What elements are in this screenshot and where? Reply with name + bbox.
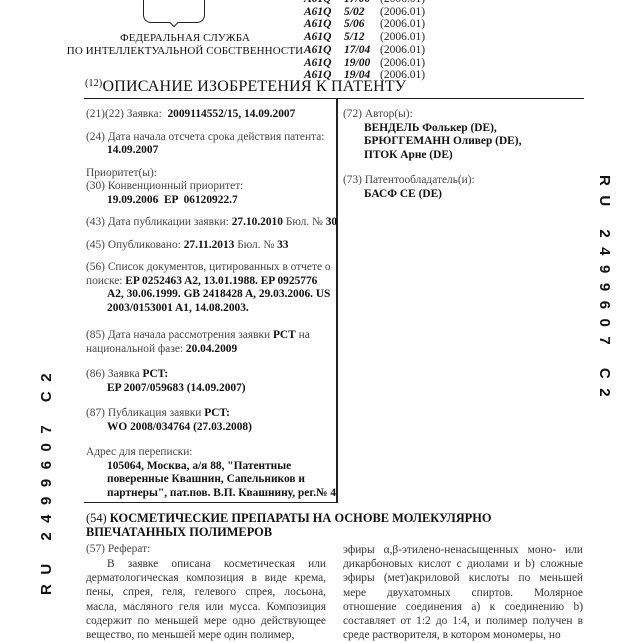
invention-title: (54) КОСМЕТИЧЕСКИЕ ПРЕПАРАТЫ НА ОСНОВЕ М… [86, 511, 586, 539]
cited-documents-first: EP 0252463 A2, 13.01.1988. EP 0925776 [125, 275, 317, 287]
author-2: БРЮГГЕМАНН Оливер (DE), [343, 135, 593, 149]
ipc-version: (2006.01) [380, 57, 425, 70]
ipc-row: A61Q19/00(2006.01) [304, 57, 425, 70]
ipc-version: (2006.01) [380, 44, 425, 57]
author-3: ПТОК Арне (DE) [343, 149, 593, 163]
side-patent-code-left: RU 2499607 C2 [38, 364, 55, 595]
ipc-group: 5/02 [344, 6, 380, 19]
ipc-class: A61Q [304, 18, 344, 31]
ipc-row: A61Q5/06(2006.01) [304, 18, 425, 31]
application-number: 2009114552/15, 14.09.2007 [167, 108, 295, 120]
ipc-class: A61Q [304, 6, 344, 19]
field-72: (72) Автор(ы): ВЕНДЕЛЬ Фолькер (DE), БРЮ… [343, 108, 593, 162]
field-56: (56) Список документов, цитированных в о… [86, 261, 346, 315]
term-start-date: 14.09.2007 [86, 144, 346, 158]
field-21-22: (21)(22) Заявка: 2009114552/15, 14.09.20… [86, 108, 346, 122]
field-24: (24) Дата начала отсчета срока действия … [86, 131, 346, 158]
field-43: (43) Дата публикации заявки: 27.10.2010 … [86, 216, 346, 230]
doc-title-text: ОПИСАНИЕ ИЗОБРЕТЕНИЯ К ПАТЕНТУ [102, 78, 406, 95]
ipc-group: 19/00 [344, 57, 380, 70]
side-patent-code-right: RU 2499607 C2 [596, 175, 613, 406]
ipc-version: (2006.01) [380, 6, 425, 19]
bibliographic-left-column: (21)(22) Заявка: 2009114552/15, 14.09.20… [86, 108, 346, 509]
abstract-label: (57) Реферат: [86, 543, 150, 555]
ipc-classification-list: A61Q17/00(2006.01)A61Q5/02(2006.01)A61Q5… [304, 0, 425, 82]
ipc-class: A61Q [304, 57, 344, 70]
abstract-left-column: В заявке описана косметическая или дерма… [86, 557, 326, 642]
ipc-group: 5/06 [344, 18, 380, 31]
ipc-class: A61Q [304, 44, 344, 57]
doc-code: (12) [85, 78, 102, 89]
shield-tip [170, 19, 178, 27]
ipc-group: 5/12 [344, 31, 380, 44]
convention-priority: 19.09.2006 EP 06120922.7 [86, 194, 346, 208]
publication-date: 27.11.2013 [184, 239, 235, 251]
ipc-group: 17/04 [344, 44, 380, 57]
author-1: ВЕНДЕЛЬ Фолькер (DE), [343, 122, 593, 136]
invention-title-text: КОСМЕТИЧЕСКИЕ ПРЕПАРАТЫ НА ОСНОВЕ МОЛЕКУ… [86, 511, 492, 539]
national-phase-date: 20.04.2009 [186, 343, 237, 355]
field-45: (45) Опубликовано: 27.11.2013 Бюл. № 33 [86, 239, 346, 253]
org-name-line2: ПО ИНТЕЛЛЕКТУАЛЬНОЙ СОБСТВЕННОСТИ [60, 45, 310, 58]
org-name-line1: ФЕДЕРАЛЬНАЯ СЛУЖБА [60, 32, 310, 45]
title-divider [84, 98, 584, 99]
field-85: (85) Дата начала рассмотрения заявки PCT… [86, 329, 346, 356]
ipc-version: (2006.01) [380, 31, 425, 44]
document-title: (12)ОПИСАНИЕ ИЗОБРЕТЕНИЯ К ПАТЕНТУ [85, 78, 406, 96]
field-86: (86) Заявка PCT: EP 2007/059683 (14.09.2… [86, 368, 346, 395]
field-87: (87) Публикация заявки PCT: WO 2008/0347… [86, 407, 346, 434]
emblem-icon [143, 0, 205, 23]
ipc-row: A61Q5/12(2006.01) [304, 31, 425, 44]
patent-holder: БАСФ СЕ (DE) [343, 188, 593, 202]
ipc-row: A61Q5/02(2006.01) [304, 6, 425, 19]
field-73: (73) Патентообладатель(и): БАСФ СЕ (DE) [343, 174, 593, 201]
abstract-right-column: эфиры α,β-этилено-ненасыщенных моно- или… [343, 543, 583, 642]
ipc-row: A61Q17/04(2006.01) [304, 44, 425, 57]
bibliographic-right-column: (72) Автор(ы): ВЕНДЕЛЬ Фолькер (DE), БРЮ… [343, 108, 593, 210]
ipc-version: (2006.01) [380, 18, 425, 31]
ipc-class: A61Q [304, 31, 344, 44]
correspondence-address: Адрес для переписки: 105064, Москва, а/я… [86, 446, 346, 500]
pct-publication: WO 2008/034764 (27.03.2008) [86, 421, 346, 435]
address-value: 105064, Москва, а/я 88, "Патентные повер… [86, 460, 337, 501]
field-30: Приоритет(ы): (30) Конвенционный приорит… [86, 167, 346, 208]
pct-application: EP 2007/059683 (14.09.2007) [86, 382, 346, 396]
cited-documents-rest: A2, 30.06.1999. GB 2418428 A, 29.03.2006… [86, 288, 346, 315]
application-publication-date: 27.10.2010 [232, 216, 283, 228]
